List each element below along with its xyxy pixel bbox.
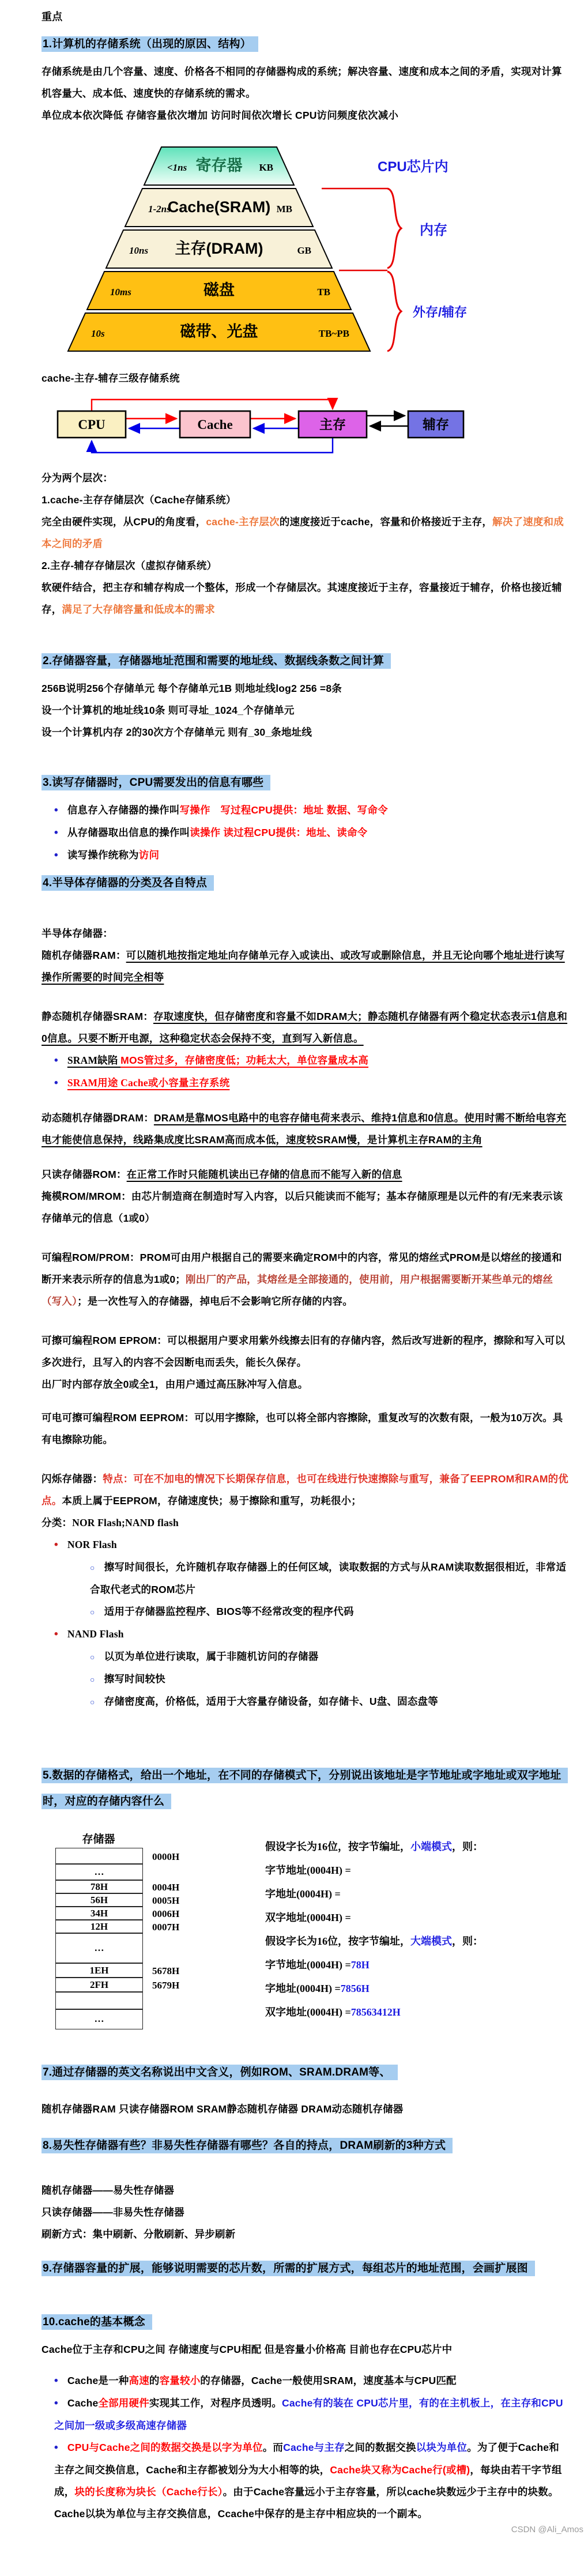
text-segment: 双字地址(0004H) = <box>265 1912 351 1923</box>
bullet-icon: • <box>54 2442 58 2454</box>
vertical-spacer <box>0 1151 588 1163</box>
pyramid-level-size: TB <box>317 287 330 297</box>
memory-example-line: 假设字长为16位，按字节编址，小端模式，则： <box>265 1835 483 1859</box>
highlight-heading-text: 10.cache的基本概念 <box>42 2314 152 2330</box>
memory-cell-value: … <box>55 1933 143 1964</box>
flow-box-label: CPU <box>78 417 105 432</box>
pyramid-level-size: KB <box>259 162 273 173</box>
paragraph: 1.cache-主存存储层次（Cache存储系统） <box>42 489 568 511</box>
sub-bullet-item: ○擦写时间较快 <box>42 1668 568 1690</box>
label-cpu-on-chip: CPU芯片内 <box>378 159 448 175</box>
label-external-memory: 外存/辅存 <box>413 305 467 319</box>
vertical-spacer <box>0 1229 588 1246</box>
text-segment: 的速度接近于cache，容量和价格接近于主存， <box>280 516 492 528</box>
text-segment: 满足了大存储容量和低成本的需求 <box>62 604 215 615</box>
paragraph: 半导体存储器： <box>42 922 568 944</box>
bullet-item: •Cache全部用硬件实现其工作，对程序员透明。Cache有的装在 CPU芯片里… <box>42 2392 568 2436</box>
text-segment: 78563412H <box>351 2006 401 2018</box>
text-segment: Cache是一种 <box>67 2375 129 2386</box>
paragraph: 动态随机存储器DRAM：DRAM是靠MOS电路中的电容存储电荷来表示、维持1信息… <box>42 1107 568 1151</box>
vertical-spacer <box>0 462 588 467</box>
flow-box-label: 主存 <box>319 417 346 432</box>
highlight-heading-text: 7.通过存储器的英文名称说出中文含义，例如ROM、SRAM.DRAM等、 <box>42 2065 398 2080</box>
paragraph: 可擦可编程ROM EPROM：可以根据用户要求用紫外线擦去旧有的存储内容，然后改… <box>42 1330 568 1373</box>
text-segment: 假设字长为16位，按字节编址， <box>265 1935 410 1947</box>
memory-table-row: 34H0006H <box>55 1907 246 1920</box>
memory-cell-value: … <box>55 1863 143 1881</box>
highlight-heading: 3.读写存储器时，CPU需要发出的信息有哪些 <box>42 770 568 796</box>
paragraph: 设一个计算机内存 2的30次方个存储单元 则有_30_条地址线 <box>42 721 568 743</box>
text-segment: 写操作 写过程CPU提供：地址 数据、写命令 <box>180 804 388 816</box>
text-segment: NAND Flash <box>67 1628 124 1640</box>
text-segment: 闪烁存储器： <box>42 1473 103 1485</box>
text-segment: 的 <box>149 2375 160 2386</box>
text-segment: cache-主存-辅存三级存储系统 <box>42 372 180 384</box>
vertical-spacer <box>0 2245 588 2252</box>
sub-bullet-item: ○存储密度高，价格低，适用于大容量存储设备，如存储卡、U盘、固态盘等 <box>42 1690 568 1713</box>
text-segment: cache-主存层次 <box>206 516 279 528</box>
text-segment: Cache块又称为Cache行(或槽) <box>330 2464 470 2476</box>
text-segment: 可擦可编程ROM EPROM：可以根据用户要求用紫外线擦去旧有的存储内容，然后改… <box>42 1335 565 1368</box>
text-segment: 刷新方式：集中刷新、分散刷新、异步刷新 <box>42 2228 235 2240</box>
text-segment: 以块为单位 <box>416 2442 468 2453</box>
memory-cell-value: … <box>55 2009 143 2029</box>
text-segment: 动态随机存储器DRAM： <box>42 1112 154 1124</box>
memory-cell-value: 1EH <box>55 1963 143 1978</box>
text-segment: 256B说明256个存储单元 每个存储单元1B 则地址线log2 256 =8条 <box>42 683 342 694</box>
vertical-spacer <box>0 2120 588 2129</box>
text-segment: 7856H <box>341 1983 370 1994</box>
vertical-spacer <box>0 2029 588 2056</box>
paragraph: 软硬件结合，把主存和辅存构成一个整体，形成一个存储层次。其速度接近于主存，容量接… <box>42 577 568 620</box>
bullet-item: •信息存入存储器的操作叫写操作 写过程CPU提供：地址 数据、写命令 <box>42 799 568 822</box>
text-segment: 设一个计算机的地址线10条 则可寻址_1024_个存储单元 <box>42 705 295 716</box>
text-segment: 适用于存储器监控程序、BIOS等不经常改变的程序代码 <box>104 1606 354 1617</box>
memory-cell-address: 0004H <box>152 1881 179 1894</box>
sub-bullet-icon: ○ <box>90 1563 95 1572</box>
text-segment: 容量较小 <box>160 2375 201 2386</box>
memory-table-row: 1EH5678H <box>55 1964 246 1978</box>
memory-table-row: 12H0007H <box>55 1920 246 1934</box>
red-arrow-cpu-to-main <box>92 400 333 411</box>
paragraph: cache-主存-辅存三级存储系统 <box>42 367 568 389</box>
paragraph: Cache位于主存和CPU之间 存储速度与CPU相配 但是容量小价格高 目前也存… <box>42 2338 568 2360</box>
vertical-spacer <box>0 2089 588 2098</box>
vertical-spacer <box>0 126 588 142</box>
bullet-item: •Cache是一种高速的容量较小的存储器，Cache一般使用SRAM，速度基本与… <box>42 2370 568 2392</box>
pyramid-level-name: Cache(SRAM) <box>168 198 271 216</box>
bullet-item: •SRAM用途 Cache或小容量主存系统 <box>42 1072 568 1094</box>
pyramid-level-name: 主存(DRAM) <box>175 240 263 257</box>
text-segment: 双字地址(0004H) = <box>265 2006 351 2018</box>
memory-table-title: 存储器 <box>55 1832 142 1848</box>
highlight-heading-text: 3.读写存储器时，CPU需要发出的信息有哪些 <box>42 775 270 790</box>
vertical-spacer <box>0 1818 588 1832</box>
pyramid-level-name: 寄存器 <box>196 156 243 174</box>
text-segment: 假设字长为16位，按字节编址， <box>265 1841 410 1852</box>
paragraph: 随机存储器——易失性存储器 <box>42 2179 568 2201</box>
red-brace <box>387 189 401 268</box>
vertical-spacer <box>0 2285 588 2306</box>
memory-cell-address: 0005H <box>152 1894 179 1907</box>
memory-table-row: … <box>55 2010 246 2029</box>
vertical-spacer <box>0 1312 588 1330</box>
highlight-heading: 5.数据的存储格式，给出一个地址，在不同的存储模式下，分别说出该地址是字节地址或… <box>42 1762 568 1814</box>
memory-example-line: 字地址(0004H) = <box>265 1882 483 1906</box>
paragraph: 随机存储器RAM 只读存储器ROM SRAM静态随机存储器 DRAM动态随机存储… <box>42 2098 568 2120</box>
text-segment: 读操作 读过程CPU提供：地址、读命令 <box>190 827 367 838</box>
pyramid-svg: <1ns寄存器KB1-2nsCache(SRAM)MB10ns主存(DRAM)G… <box>46 142 496 364</box>
text-segment: 字节地址(0004H) = <box>265 1865 351 1876</box>
bullet-icon: • <box>54 1077 58 1089</box>
watermark: CSDN @Ali_Amos <box>0 2525 583 2534</box>
memory-table-row: 56H0005H <box>55 1894 246 1907</box>
pyramid-level-size: MB <box>277 204 292 214</box>
memory-cell-value <box>55 1848 143 1865</box>
memory-example-line: 双字地址(0004H) = <box>265 1906 483 1930</box>
bullet-item: •NAND Flash <box>42 1623 568 1645</box>
memory-cell-address: 0007H <box>152 1920 179 1934</box>
paragraph: 设一个计算机的地址线10条 则可寻址_1024_个存储单元 <box>42 699 568 721</box>
text-segment: SRAM用途 Cache或小容量主存系统 <box>67 1077 230 1089</box>
text-segment: 掩模ROM/MROM：由芯片制造商在制造时写入内容，以后只能读而不能写；基本存储… <box>42 1191 563 1224</box>
paragraph: 存储系统是由几个容量、速度、价格各不相同的存储器构成的系统；解决容量、速度和成本… <box>42 61 568 104</box>
highlight-heading: 7.通过存储器的英文名称说出中文含义，例如ROM、SRAM.DRAM等、 <box>42 2059 568 2085</box>
text-segment: 78H <box>351 1959 370 1971</box>
sub-bullet-icon: ○ <box>90 1652 95 1662</box>
text-segment: Cache位于主存和CPU之间 存储速度与CPU相配 但是容量小价格高 目前也存… <box>42 2344 452 2355</box>
text-segment: 只读存储器ROM： <box>42 1169 127 1180</box>
memory-cell-address: 5678H <box>152 1964 179 1978</box>
memory-example-line: 字地址(0004H) =7856H <box>265 1977 483 2001</box>
highlight-heading-text: 8.易失性存储器有些？非易失性存储器有哪些？各自的持点，DRAM刷新的3种方式 <box>42 2138 453 2153</box>
sub-bullet-icon: ○ <box>90 1607 95 1617</box>
document-body: 重点1.计算机的存储系统（出现的原因、结构）存储系统是由几个容量、速度、价格各不… <box>0 0 588 2534</box>
blue-arrow-main-to-cpu <box>92 438 333 453</box>
memory-cell-value: 56H <box>55 1893 143 1907</box>
pyramid-level-time: 10ns <box>129 245 148 256</box>
text-segment: 字节地址(0004H) = <box>265 1959 351 1971</box>
text-segment: 可电可擦可编程ROM EEPROM：可以用字擦除，也可以将全部内容擦除，重复改写… <box>42 1412 563 1445</box>
paragraph: 只读存储器ROM：在正常工作时只能随机读出已存储的信息而不能写入新的信息 <box>42 1163 568 1185</box>
red-brace <box>387 272 401 351</box>
paragraph: 可编程ROM/PROM：PROM可由用户根据自己的需要来确定ROM中的内容，常见… <box>42 1246 568 1312</box>
highlight-heading-text: 5.数据的存储格式，给出一个地址，在不同的存储模式下，分别说出该地址是字节地址或… <box>42 1768 568 1809</box>
text-segment: 从存储器取出信息的操作叫 <box>67 827 190 838</box>
highlight-heading-text: 1.计算机的存储系统（出现的原因、结构） <box>42 36 258 52</box>
text-segment: SRAM缺陷 <box>67 1054 120 1066</box>
paragraph: 刷新方式：集中刷新、分散刷新、异步刷新 <box>42 2223 568 2245</box>
highlight-heading: 10.cache的基本概念 <box>42 2309 568 2335</box>
paragraph: 只读存储器——非易失性存储器 <box>42 2201 568 2223</box>
memory-address-examples: 假设字长为16位，按字节编址，小端模式，则：字节地址(0004H) =字地址(0… <box>265 1832 483 2029</box>
text-segment: 全部用硬件 <box>98 2397 149 2409</box>
bullet-item: •NOR Flash <box>42 1534 568 1556</box>
vertical-spacer <box>0 620 588 645</box>
memory-example-line: 双字地址(0004H) =78563412H <box>265 2001 483 2024</box>
vertical-spacer <box>0 2360 588 2370</box>
memory-table-row: 78H0004H <box>55 1881 246 1894</box>
text-segment: ；是一次性写入的存储器，掉电后不会影响它所存储的内容。 <box>77 1295 353 1307</box>
label-internal-memory: 内存 <box>420 222 447 238</box>
text-segment: Cache <box>67 2397 99 2409</box>
paragraph: 掩模ROM/MROM：由芯片制造商在制造时写入内容，以后只能读而不能写；基本存储… <box>42 1185 568 1229</box>
highlight-heading: 4.半导体存储器的分类及各自特点 <box>42 870 568 896</box>
bullet-icon: • <box>54 827 58 839</box>
paragraph: 完全由硬件实现，从CPU的角度看，cache-主存层次的速度接近于cache，容… <box>42 511 568 555</box>
bullet-icon: • <box>54 2375 58 2387</box>
text-segment: 静态随机存储器SRAM： <box>42 1011 153 1022</box>
pyramid-level-size: TB~PB <box>319 328 349 339</box>
text-segment: 擦写时间很长，允许随机存取存储器上的任何区域，读取数据的方式与从RAM读取数据很… <box>90 1561 566 1595</box>
flow-box-label: Cache <box>197 417 232 432</box>
vertical-spacer <box>0 1451 588 1468</box>
vertical-spacer <box>0 899 588 922</box>
highlight-heading: 9.存储器容量的扩展，能够说明需要的芯片数，所需的扩展方式，每组芯片的地址范围，… <box>42 2255 568 2281</box>
text-segment: 出厂时内部存放全0或全1，由用户通过高压脉冲写入信息。 <box>42 1379 308 1390</box>
highlight-heading: 1.计算机的存储系统（出现的原因、结构） <box>42 31 568 57</box>
text-segment: ，则： <box>452 1935 483 1947</box>
memory-cell-value: 12H <box>55 1919 143 1934</box>
memory-hierarchy-pyramid: <1ns寄存器KB1-2nsCache(SRAM)MB10ns主存(DRAM)G… <box>46 142 588 367</box>
memory-cell-value: 78H <box>55 1880 143 1894</box>
text-segment: 本质上属于EEPROM，存储速度快；易于擦除和重写，功耗很小； <box>62 1495 361 1507</box>
vertical-spacer <box>0 988 588 1005</box>
text-segment: 实现其工作，对程序员透明。 <box>149 2397 282 2409</box>
memory-table-row: … <box>55 1865 246 1881</box>
bullet-icon: • <box>54 1054 58 1067</box>
memory-cell-address: 0006H <box>152 1907 179 1920</box>
memory-cell-value <box>55 1991 143 2010</box>
memory-cell-address: 0000H <box>152 1849 179 1865</box>
vertical-spacer <box>0 743 588 766</box>
paragraph: 分为两个层次： <box>42 467 568 489</box>
text-segment: 访问 <box>139 849 159 861</box>
text-segment: NOR Flash;NAND flash <box>72 1517 179 1528</box>
sub-bullet-icon: ○ <box>90 1675 95 1684</box>
highlight-heading-text: 4.半导体存储器的分类及各自特点 <box>42 875 214 891</box>
text-segment: Cache与主存 <box>283 2442 345 2453</box>
sub-bullet-icon: ○ <box>90 1697 95 1707</box>
text-segment: 擦写时间较快 <box>104 1673 165 1685</box>
vertical-spacer <box>0 2162 588 2179</box>
bullet-item: •SRAM缺陷 MOS管过多，存储密度低；功耗太大，单位容量成本高 <box>42 1049 568 1072</box>
memory-cell-value: 34H <box>55 1906 143 1920</box>
bullet-item: •读写操作统称为访问 <box>42 844 568 867</box>
bullet-icon: • <box>54 2397 58 2409</box>
memory-table-row: … <box>55 1934 246 1964</box>
text-segment: 随机存储器RAM： <box>42 950 126 961</box>
bullet-icon: • <box>54 1628 58 1640</box>
pyramid-level-name: 磁盘 <box>203 281 235 299</box>
text-segment: 信息存入存储器的操作叫 <box>67 804 180 816</box>
highlight-heading: 2.存储器容量，存储器地址范围和需要的地址线、数据线条数之间计算 <box>42 648 568 674</box>
vertical-spacer <box>0 1395 588 1407</box>
pyramid-level-size: GB <box>297 245 311 256</box>
memory-example-line: 假设字长为16位，按字节编址，大端模式，则： <box>265 1930 483 1953</box>
paragraph: 出厂时内部存放全0或全1，由用户通过高压脉冲写入信息。 <box>42 1373 568 1395</box>
highlight-heading-text: 2.存储器容量，存储器地址范围和需要的地址线、数据线条数之间计算 <box>42 653 391 669</box>
bullet-item: •从存储器取出信息的操作叫读操作 读过程CPU提供：地址、读命令 <box>42 822 568 844</box>
memory-table-row: 0000H <box>55 1849 246 1865</box>
bullet-item: •CPU与Cache之间的数据交换是以字为单位。而Cache与主存之间的数据交换… <box>42 2436 568 2525</box>
paragraph: 2.主存-辅存存储层次（虚拟存储系统） <box>42 555 568 577</box>
three-level-storage-flow-diagram: CPUCache主存辅存 <box>35 395 588 462</box>
text-segment: 存储密度高，价格低，适用于大容量存储设备，如存储卡、U盘、固态盘等 <box>104 1696 438 1707</box>
flow-svg: CPUCache主存辅存 <box>35 395 490 460</box>
text-segment: 分为两个层次： <box>42 472 113 484</box>
text-segment: 2.主存-辅存存储层次（虚拟存储系统） <box>42 560 217 571</box>
text-segment: 只读存储器——非易失性存储器 <box>42 2206 184 2218</box>
text-segment: 1.cache-主存存储层次（Cache存储系统） <box>42 494 236 506</box>
paragraph: 可电可擦可编程ROM EEPROM：可以用字擦除，也可以将全部内容擦除，重复改写… <box>42 1407 568 1451</box>
text-segment: NOR Flash <box>67 1539 117 1550</box>
text-segment: MOS管过多，存储密度低；功耗太大，单位容量成本高 <box>120 1054 368 1066</box>
paragraph: 静态随机存储器SRAM：存取速度快，但存储密度和容量不如DRAM大；静态随机存储… <box>42 1005 568 1049</box>
pyramid-level-name: 磁带、光盘 <box>180 323 258 340</box>
memory-cell-address: 5679H <box>152 1978 179 1993</box>
memory-cell-value: 2FH <box>55 1977 143 1993</box>
text-segment: CPU与Cache之间的数据交换是以字为单位 <box>67 2442 263 2453</box>
text-segment: 字地址(0004H) = <box>265 1983 341 1994</box>
text-segment: 随机存储器——易失性存储器 <box>42 2185 174 2196</box>
text-segment: 的存储器，Cache一般使用SRAM，速度基本与CPU匹配 <box>200 2375 456 2386</box>
text-segment: 存储系统是由几个容量、速度、价格各不相同的存储器构成的系统；解决容量、速度和成本… <box>42 66 562 99</box>
highlight-heading: 8.易失性存储器有些？非易失性存储器有哪些？各自的持点，DRAM刷新的3种方式 <box>42 2133 568 2159</box>
text-segment: 之间的数据交换 <box>345 2442 416 2453</box>
bullet-icon: • <box>54 1539 58 1551</box>
text-segment: 重点 <box>42 11 62 22</box>
pyramid-level-time: <1ns <box>167 162 187 173</box>
text-segment: 块的长度称为块长（Cache行长） <box>74 2486 223 2498</box>
memory-table-row <box>55 1993 246 2010</box>
sub-bullet-item: ○擦写时间很长，允许随机存取存储器上的任何区域，读取数据的方式与从RAM读取数据… <box>42 1556 568 1600</box>
text-segment: 设一个计算机内存 2的30次方个存储单元 则有_30_条地址线 <box>42 726 312 738</box>
text-segment: 单位成本依次降低 存储容量依次增加 访问时间依次增长 CPU访问频度依次减小 <box>42 110 398 121</box>
text-segment: 高速 <box>129 2375 149 2386</box>
vertical-spacer <box>0 1094 588 1107</box>
text-segment: 以页为单位进行读取，属于非随机访问的存储器 <box>104 1651 319 1662</box>
text-segment: 在正常工作时只能随机读出已存储的信息而不能写入新的信息 <box>127 1169 402 1180</box>
memory-example-line: 字节地址(0004H) = <box>265 1859 483 1882</box>
sub-bullet-item: ○以页为单位进行读取，属于非随机访问的存储器 <box>42 1645 568 1668</box>
text-segment: 字地址(0004H) = <box>265 1888 341 1900</box>
memory-example-line: 字节地址(0004H) =78H <box>265 1953 483 1977</box>
bullet-icon: • <box>54 804 58 816</box>
sub-bullet-item: ○适用于存储器监控程序、BIOS等不经常改变的程序代码 <box>42 1600 568 1623</box>
memory-table: 存储器0000H…78H0004H56H0005H34H0006H12H0007… <box>55 1832 246 2029</box>
pyramid-level-time: 10ms <box>110 287 131 297</box>
memory-addressing-diagram: 存储器0000H…78H0004H56H0005H34H0006H12H0007… <box>55 1832 588 2029</box>
text-segment: 读写操作统称为 <box>67 849 139 861</box>
highlight-heading-text: 9.存储器容量的扩展，能够说明需要的芯片数，所需的扩展方式，每组芯片的地址范围，… <box>42 2261 535 2276</box>
paragraph: 256B说明256个存储单元 每个存储单元1B 则地址线log2 256 =8条 <box>42 677 568 699</box>
page-title: 重点 <box>42 6 568 28</box>
vertical-spacer <box>0 389 588 395</box>
text-segment: 半导体存储器： <box>42 928 113 939</box>
paragraph: 随机存储器RAM：可以随机地按指定地址向存储单元存入或读出、或改写或删除信息，并… <box>42 944 568 988</box>
paragraph: 闪烁存储器：特点：可在不加电的情况下长期保存信息，也可在线进行快速擦除与重写，兼… <box>42 1468 568 1512</box>
text-segment: 分类： <box>42 1517 72 1528</box>
text-segment: 小端模式 <box>410 1841 452 1852</box>
pyramid-level-time: 10s <box>91 328 105 339</box>
flow-box-label: 辅存 <box>423 417 449 432</box>
bullet-icon: • <box>54 849 58 861</box>
text-segment: 。而 <box>263 2442 283 2453</box>
vertical-spacer <box>0 1713 588 1759</box>
text-segment: ，则： <box>452 1841 483 1852</box>
paragraph: 单位成本依次降低 存储容量依次增加 访问时间依次增长 CPU访问频度依次减小 <box>42 104 568 126</box>
memory-table-row: 2FH5679H <box>55 1978 246 1993</box>
text-segment: 大端模式 <box>410 1935 452 1947</box>
text-segment: 随机存储器RAM 只读存储器ROM SRAM静态随机存储器 DRAM动态随机存储… <box>42 2103 403 2115</box>
paragraph: 分类：NOR Flash;NAND flash <box>42 1512 568 1534</box>
text-segment: 完全由硬件实现，从CPU的角度看， <box>42 516 206 528</box>
